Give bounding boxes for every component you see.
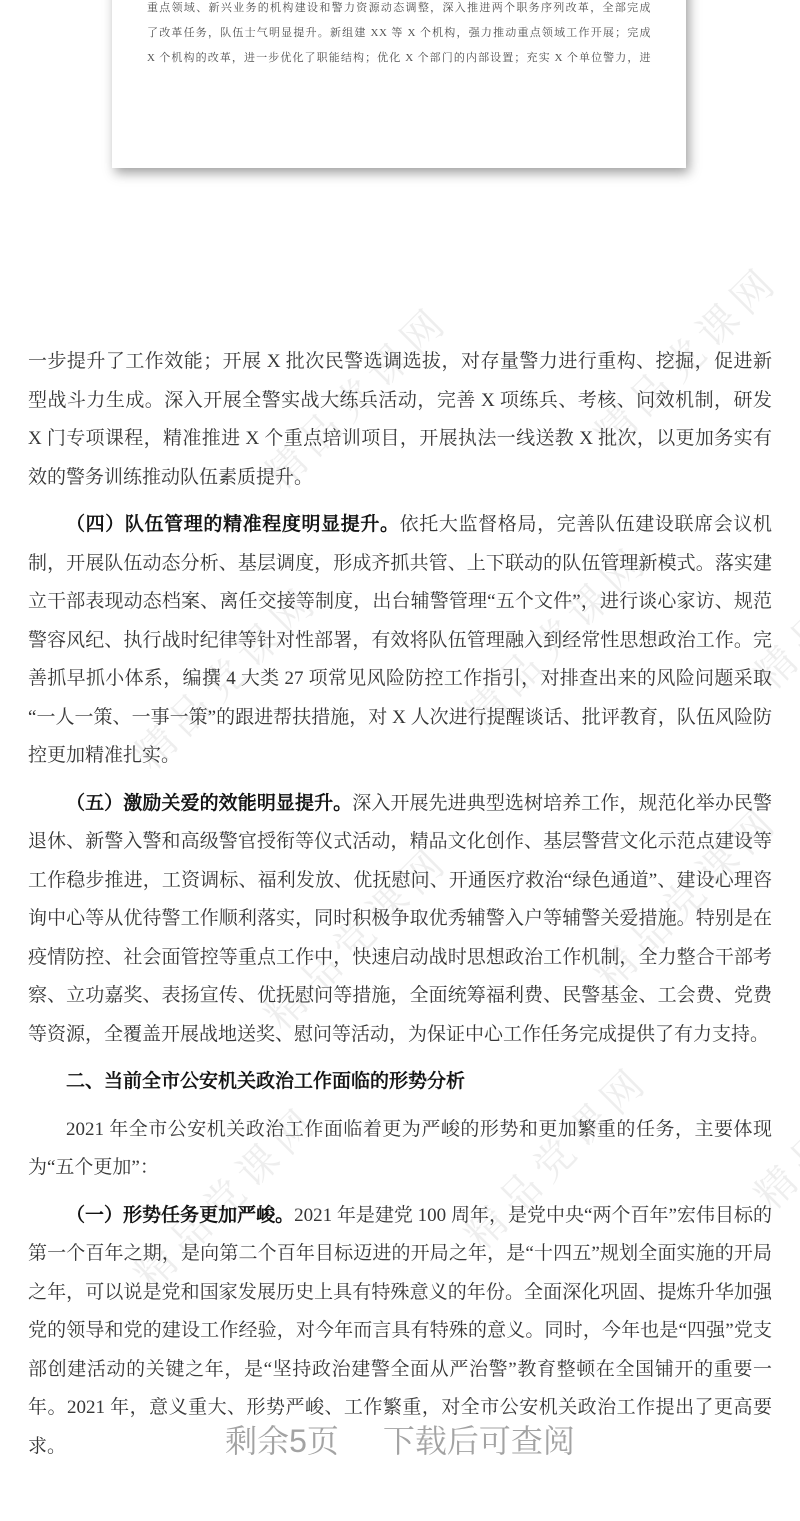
paragraph-text: 深入开展先进典型选树培养工作，规范化举办民警退休、新警入警和高级警官授衔等仪式活… xyxy=(28,793,772,1045)
document-body: 一步提升了工作效能；开展 X 批次民警选调选拔，对存量警力进行重构、挖掘，促进新… xyxy=(28,343,772,1475)
thumbnail-text-line: 了改革任务，队伍士气明显提升。新组建 XX 等 X 个机构，强力推动重点领域工作… xyxy=(147,21,651,46)
paragraph-item-5: （五）激励关爱的效能明显提升。深入开展先进典型选树培养工作，规范化举办民警退休、… xyxy=(28,785,772,1055)
paragraph-lead: （五）激励关爱的效能明显提升。 xyxy=(66,793,352,814)
thumbnail-text-line: X 个机构的改革，进一步优化了职能结构；优化 X 个部门的内部设置；充实 X 个… xyxy=(147,46,651,71)
document-preview-page: 精品党课网 精品党课网 精品党课网 精品党课网 精品党课网 精品党课网 精品党课… xyxy=(0,0,800,1521)
paragraph-continuation: 一步提升了工作效能；开展 X 批次民警选调选拔，对存量警力进行重构、挖掘，促进新… xyxy=(28,343,772,497)
remaining-pages-label: 剩余5页 xyxy=(225,1423,339,1459)
section-heading: 二、当前全市公安机关政治工作面临的形势分析 xyxy=(28,1063,772,1102)
paragraph-lead: （一）形势任务更加严峻。 xyxy=(66,1205,294,1226)
paragraph-text: 依托大监督格局，完善队伍建设联席会议机制，开展队伍动态分析、基层调度，形成齐抓共… xyxy=(28,514,772,766)
previous-page-thumbnail: 重点领域、新兴业务的机构建设和警力资源动态调整，深入推进两个职务序列改革，全部完… xyxy=(112,0,686,168)
download-hint: 剩余5页下载后可查阅 xyxy=(0,1419,800,1463)
paragraph-lead: （四）队伍管理的精准程度明显提升。 xyxy=(66,514,400,535)
paragraph-item-4: （四）队伍管理的精准程度明显提升。依托大监督格局，完善队伍建设联席会议机制，开展… xyxy=(28,506,772,776)
thumbnail-text-line: 重点领域、新兴业务的机构建设和警力资源动态调整，深入推进两个职务序列改革，全部完… xyxy=(147,0,651,21)
paragraph-section-intro: 2021 年全市公安机关政治工作面临着更为严峻的形势和更加繁重的任务，主要体现为… xyxy=(28,1111,772,1188)
download-to-view-label: 下载后可查阅 xyxy=(383,1423,575,1459)
